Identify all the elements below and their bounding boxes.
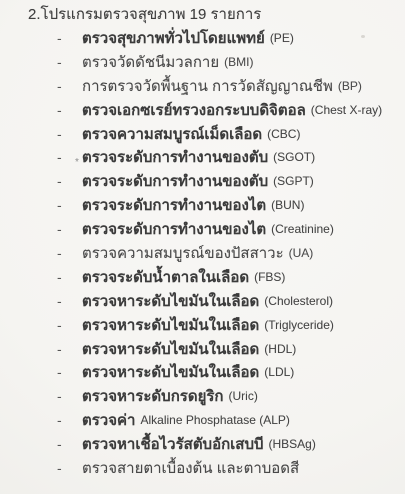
dash-bullet-icon: - — [57, 341, 82, 357]
item-thai-text: ตรวจระดับการทำงานของตับ — [82, 169, 268, 193]
dash-bullet-icon: - — [57, 102, 82, 118]
item-thai-text: ตรวจหาระดับไขมันในเลือด — [82, 360, 259, 384]
checkup-list-item: - ตรวจหาเชื้อไวรัสตับอักเสบบี (HBSAg) — [0, 432, 405, 456]
item-thai-text: ตรวจความสมบูรณ์ของปัสสาวะ — [82, 241, 284, 265]
item-abbreviation: (BUN) — [271, 198, 304, 212]
item-thai-text: การตรวจวัดพื้นฐาน การวัดสัญญาณชีพ — [82, 74, 333, 98]
item-thai-text: ตรวจหาระดับไขมันในเลือด — [82, 337, 259, 361]
item-thai-text: ตรวจสุขภาพทั่วไปโดยแพทย์ — [82, 26, 265, 50]
checkup-list-item: - ตรวจระดับการทำงานของไต (BUN) — [0, 193, 405, 217]
checkup-list-item: - ตรวจระดับการทำงานของไต (Creatinine) — [0, 217, 405, 241]
checkup-list-item: - ตรวจหาระดับไขมันในเลือด (Triglyceride) — [0, 313, 405, 337]
item-abbreviation: (BP) — [338, 79, 362, 93]
item-thai-text: ตรวจระดับน้ำตาลในเลือด — [82, 265, 249, 289]
dash-bullet-icon: - — [57, 412, 82, 428]
scan-speck — [361, 35, 365, 38]
item-thai-text: ตรวจระดับการทำงานของตับ — [82, 145, 268, 169]
checkup-list-item: - ตรวจความสมบูรณ์เม็ดเลือด (CBC) — [0, 122, 405, 146]
dash-bullet-icon: - — [57, 364, 82, 380]
item-thai-text: ตรวจเอกซเรย์ทรวงอกระบบดิจิตอล — [82, 98, 306, 122]
item-abbreviation: (UA) — [289, 246, 314, 260]
item-abbreviation: (SGPT) — [273, 174, 314, 188]
item-thai-text: ตรวจสายตาเบื้องต้น และตาบอดสี — [82, 456, 299, 480]
dash-bullet-icon: - — [57, 293, 82, 309]
checkup-list-item: - ตรวจหาระดับกรดยูริก (Uric) — [0, 384, 405, 408]
dash-bullet-icon: - — [57, 460, 82, 476]
checkup-list-item: - ตรวจหาระดับไขมันในเลือด (HDL) — [0, 337, 405, 361]
dash-bullet-icon: - — [57, 30, 82, 46]
item-abbreviation: (HDL) — [264, 342, 296, 356]
dash-bullet-icon: - — [57, 436, 82, 452]
checkup-list: - ตรวจสุขภาพทั่วไปโดยแพทย์ (PE) - ตรวจวั… — [0, 26, 405, 480]
checkup-list-item: - ตรวจความสมบูรณ์ของปัสสาวะ (UA) — [0, 241, 405, 265]
item-thai-text: ตรวจหาระดับไขมันในเลือด — [82, 289, 259, 313]
checkup-list-item: - ตรวจระดับการทำงานของตับ (SGPT) — [0, 169, 405, 193]
dash-bullet-icon: - — [57, 317, 82, 333]
item-abbreviation: (Chest X-ray) — [311, 103, 382, 117]
section-heading: 2.โปรแกรมตรวจสุขภาพ 19 รายการ — [28, 4, 261, 26]
checkup-list-item: - ตรวจสายตาเบื้องต้น และตาบอดสี — [0, 456, 405, 480]
item-abbreviation: (Triglyceride) — [264, 318, 334, 332]
checkup-list-item: - ตรวจค่า Alkaline Phosphatase (ALP) — [0, 408, 405, 432]
dash-bullet-icon: - — [57, 54, 82, 70]
item-abbreviation: (SGOT) — [273, 150, 315, 164]
checkup-list-item: - การตรวจวัดพื้นฐาน การวัดสัญญาณชีพ (BP) — [0, 74, 405, 98]
item-abbreviation: (Cholesterol) — [264, 294, 333, 308]
scan-artifact-mark: * — [75, 157, 79, 168]
item-abbreviation: (Creatinine) — [271, 222, 334, 236]
item-thai-text: ตรวจหาระดับไขมันในเลือด — [82, 313, 259, 337]
item-abbreviation: Alkaline Phosphatase (ALP) — [140, 413, 289, 427]
dash-bullet-icon: - — [57, 173, 82, 189]
item-abbreviation: (LDL) — [264, 365, 294, 379]
dash-bullet-icon: - — [57, 126, 82, 142]
item-thai-text: ตรวจความสมบูรณ์เม็ดเลือด — [82, 122, 262, 146]
dash-bullet-icon: - — [57, 269, 82, 285]
item-abbreviation: (Uric) — [229, 389, 258, 403]
scanned-document-page: 2.โปรแกรมตรวจสุขภาพ 19 รายการ - ตรวจสุขภ… — [0, 0, 405, 494]
dash-bullet-icon: - — [57, 197, 82, 213]
item-thai-text: ตรวจระดับการทำงานของไต — [82, 217, 266, 241]
checkup-list-item: - ตรวจวัดดัชนีมวลกาย (BMI) — [0, 50, 405, 74]
checkup-list-item: - ตรวจสุขภาพทั่วไปโดยแพทย์ (PE) — [0, 26, 405, 50]
dash-bullet-icon: - — [57, 221, 82, 237]
checkup-list-item: - ตรวจหาระดับไขมันในเลือด (LDL) — [0, 360, 405, 384]
item-thai-text: ตรวจวัดดัชนีมวลกาย — [82, 50, 219, 74]
item-thai-text: ตรวจหาระดับกรดยูริก — [82, 384, 224, 408]
item-abbreviation: (BMI) — [224, 55, 253, 69]
checkup-list-item: - ตรวจหาระดับไขมันในเลือด (Cholesterol) — [0, 289, 405, 313]
dash-bullet-icon: - — [57, 78, 82, 94]
item-abbreviation: (PE) — [270, 31, 294, 45]
checkup-list-item: - ตรวจระดับน้ำตาลในเลือด (FBS) — [0, 265, 405, 289]
checkup-list-item: - ตรวจระดับการทำงานของตับ (SGOT) — [0, 145, 405, 169]
dash-bullet-icon: - — [57, 388, 82, 404]
item-thai-text: ตรวจค่า — [82, 408, 135, 432]
item-thai-text: ตรวจหาเชื้อไวรัสตับอักเสบบี — [82, 432, 264, 456]
checkup-list-item: - ตรวจเอกซเรย์ทรวงอกระบบดิจิตอล (Chest X… — [0, 98, 405, 122]
item-abbreviation: (CBC) — [267, 127, 300, 141]
item-abbreviation: (HBSAg) — [269, 437, 316, 451]
item-abbreviation: (FBS) — [254, 270, 285, 284]
dash-bullet-icon: - — [57, 245, 82, 261]
item-thai-text: ตรวจระดับการทำงานของไต — [82, 193, 266, 217]
